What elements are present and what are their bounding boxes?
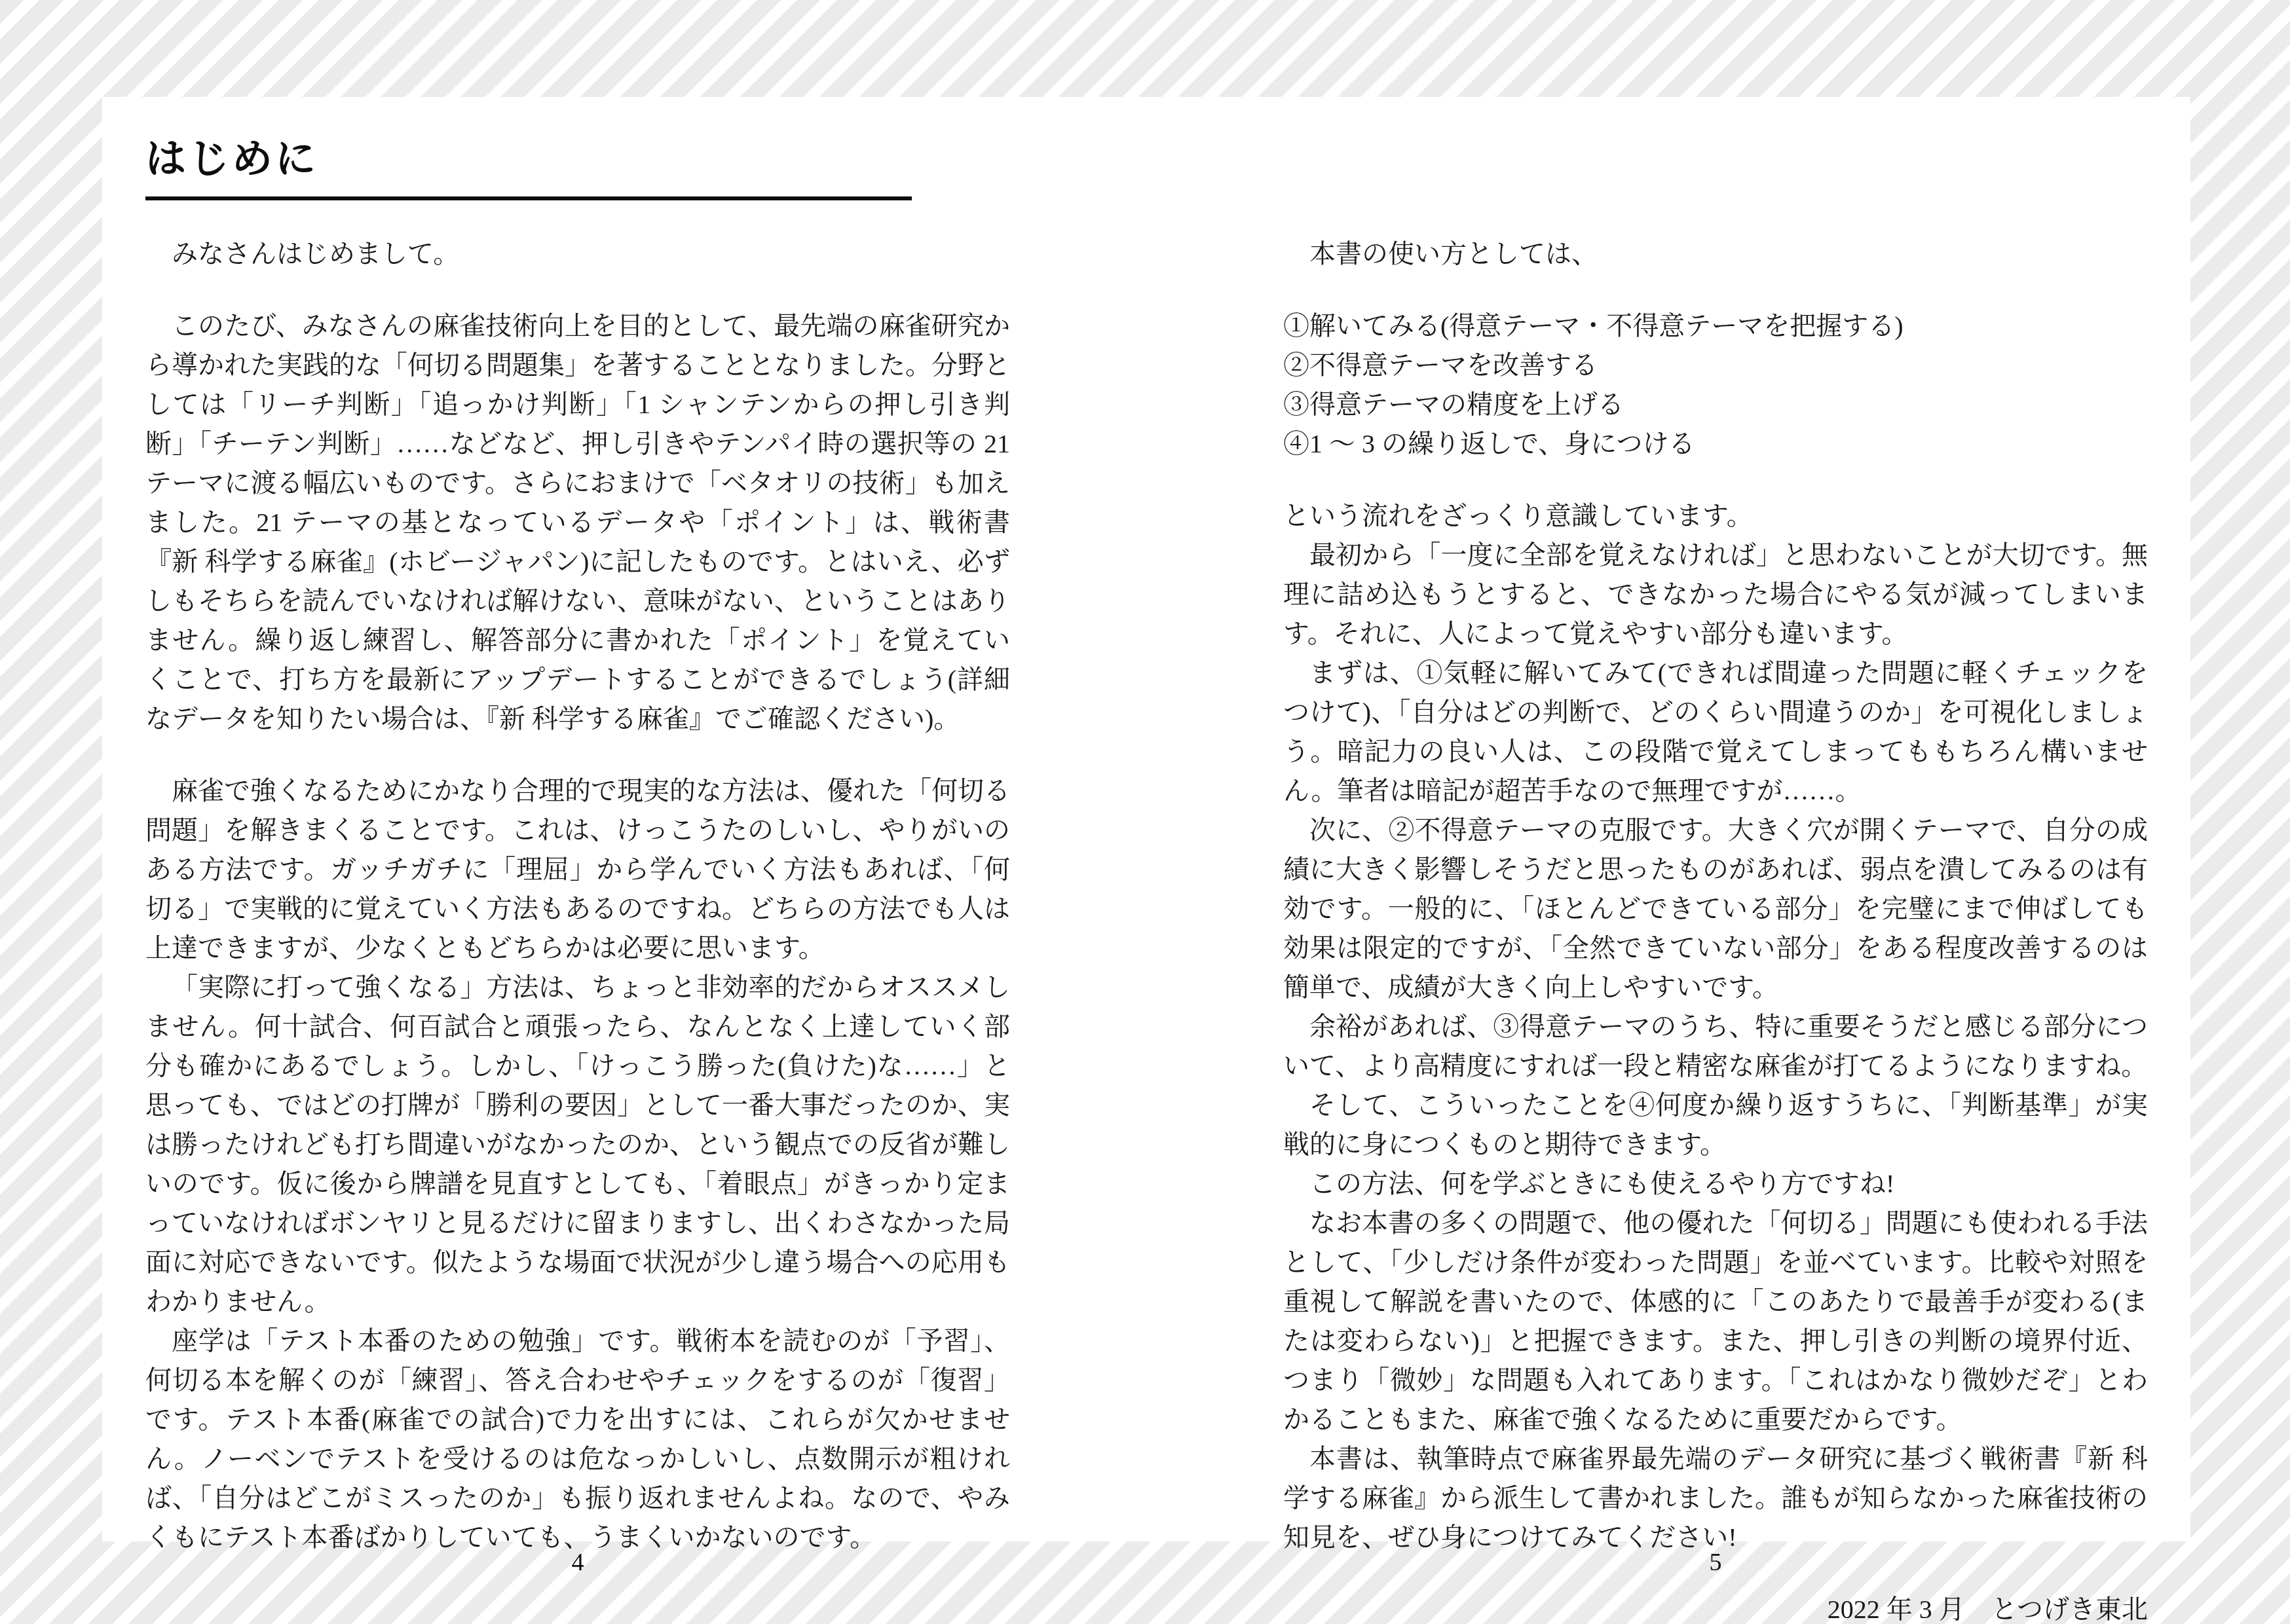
paragraph: ③得意テーマの精度を上げる <box>1283 385 2148 424</box>
book-scan-canvas: { "colors": { "stripe_gray": "#ebebeb", … <box>0 0 2290 1624</box>
paragraph: 座学は「テスト本番のための勉強」です。戦術本を読むのが「予習」、何切る本を解くの… <box>145 1321 1010 1557</box>
paragraph: 麻雀で強くなるためにかなり合理的で現実的な方法は、優れた「何切る問題」を解きまく… <box>145 771 1010 968</box>
paragraph: 余裕があれば、③得意テーマのうち、特に重要そうだと感じる部分について、より高精度… <box>1283 1007 2148 1086</box>
paragraph: ①解いてみる(得意テーマ・不得意テーマを把握する) <box>1283 306 2148 346</box>
paragraph: なお本書の多くの問題で、他の優れた「何切る」問題にも使われる手法として、「少しだ… <box>1283 1204 2148 1439</box>
paragraph: 本書は、執筆時点で麻雀界最先端のデータ研究に基づく戦術書『新 科学する麻雀』から… <box>1283 1439 2148 1557</box>
paragraph: ④1 ～ 3 の繰り返しで、身につける <box>1283 424 2148 464</box>
left-page-body: みなさんはじめまして。このたび、みなさんの麻雀技術向上を目的として、最先端の麻雀… <box>145 234 1010 1557</box>
paragraph: 本書の使い方としては、 <box>1283 234 2148 274</box>
page-right: 本書の使い方としては、①解いてみる(得意テーマ・不得意テーマを把握する)②不得意… <box>1146 97 2190 1541</box>
book-spread: はじめに みなさんはじめまして。このたび、みなさんの麻雀技術向上を目的として、最… <box>102 97 2190 1541</box>
page-left: はじめに みなさんはじめまして。このたび、みなさんの麻雀技術向上を目的として、最… <box>102 97 1146 1541</box>
page-title: はじめに <box>145 130 318 189</box>
right-page-body: 本書の使い方としては、①解いてみる(得意テーマ・不得意テーマを把握する)②不得意… <box>1283 234 2148 1624</box>
paragraph: そして、こういったことを④何度か繰り返すうちに、「判断基準」が実戦的に身につくも… <box>1283 1086 2148 1164</box>
paragraph: 最初から「一度に全部を覚えなければ」と思わないことが大切です。無理に詰め込もうと… <box>1283 536 2148 654</box>
paragraph: 「実際に打って強くなる」方法は、ちょっと非効率的だからオススメしません。何十試合… <box>145 968 1010 1321</box>
paragraph: この方法、何を学ぶときにも使えるやり方ですね! <box>1283 1164 2148 1204</box>
author-signature: 2022 年 3 月 とつげき東北 <box>1283 1590 2148 1624</box>
paragraph: という流れをざっくり意識しています。 <box>1283 496 2148 536</box>
paragraph: このたび、みなさんの麻雀技術向上を目的として、最先端の麻雀研究から導かれた実践的… <box>145 306 1010 739</box>
page-number-left: 4 <box>538 1547 617 1578</box>
page-number-right: 5 <box>1676 1547 1755 1578</box>
paragraph: 次に、②不得意テーマの克服です。大きく穴が開くテーマで、自分の成績に大きく影響し… <box>1283 811 2148 1007</box>
paragraph: まずは、①気軽に解いてみて(できれば間違った問題に軽くチェックをつけて)、「自分… <box>1283 654 2148 811</box>
title-underline <box>145 196 912 200</box>
paragraph: ②不得意テーマを改善する <box>1283 346 2148 385</box>
paragraph: みなさんはじめまして。 <box>145 234 1010 274</box>
